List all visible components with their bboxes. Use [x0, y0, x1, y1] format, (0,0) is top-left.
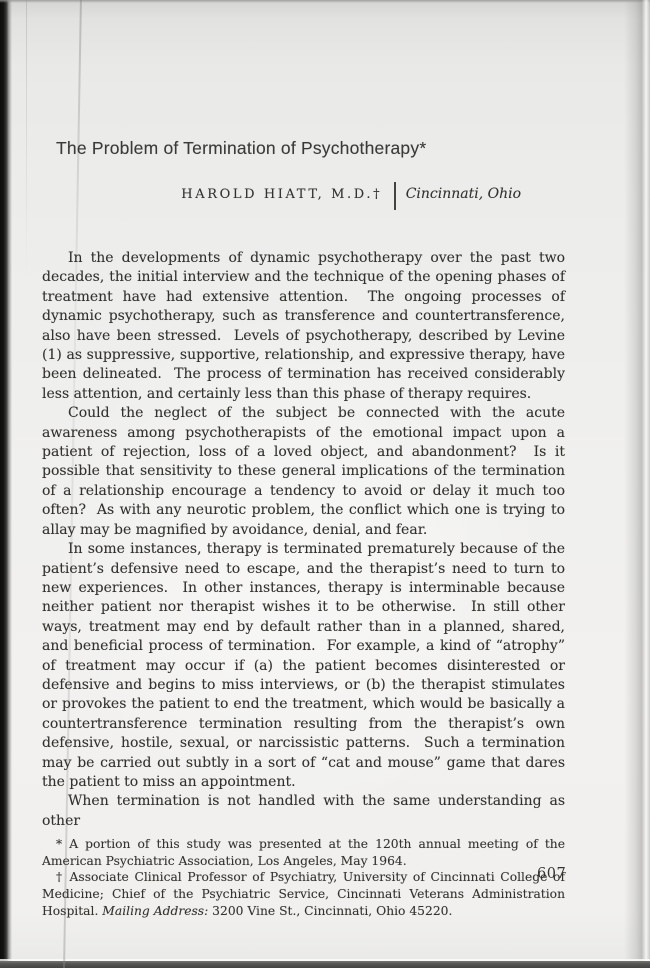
paragraph-2: Could the neglect of the subject be conn…	[42, 404, 565, 540]
article-body: In the developments of dynamic psychothe…	[42, 249, 565, 831]
footnote-asterisk: * A portion of this study was presented …	[42, 836, 565, 869]
footnote-dagger: † Associate Clinical Professor of Psychi…	[42, 869, 565, 919]
byline-divider-rule	[394, 182, 396, 210]
scan-edge-right-shadow	[624, 0, 650, 968]
footnotes: * A portion of this study was presented …	[42, 836, 565, 919]
footnote-dagger-address: 3200 Vine St., Cincinnati, Ohio 45220.	[212, 904, 452, 918]
author-byline: HAROLD HIATT, M.D.† Cincinnati, Ohio	[42, 179, 565, 209]
page-number: 607	[537, 866, 566, 882]
article-title: The Problem of Termination of Psychother…	[56, 136, 565, 160]
paragraph-4-continues-next-page: When termination is not handled with the…	[42, 792, 565, 831]
scan-edge-left-shadow	[0, 0, 12, 968]
mailing-address-label: Mailing Address:	[102, 904, 208, 918]
author-name: HAROLD HIATT, M.D.†	[181, 187, 382, 202]
paper-crease-top-left	[26, 0, 27, 280]
paragraph-1: In the developments of dynamic psychothe…	[42, 249, 565, 404]
page-content: The Problem of Termination of Psychother…	[42, 0, 565, 919]
scanned-journal-page: The Problem of Termination of Psychother…	[0, 0, 650, 968]
author-location: Cincinnati, Ohio	[406, 186, 521, 202]
paragraph-3: In some instances, therapy is terminated…	[42, 540, 565, 792]
scan-edge-bottom-shadow	[0, 961, 650, 968]
